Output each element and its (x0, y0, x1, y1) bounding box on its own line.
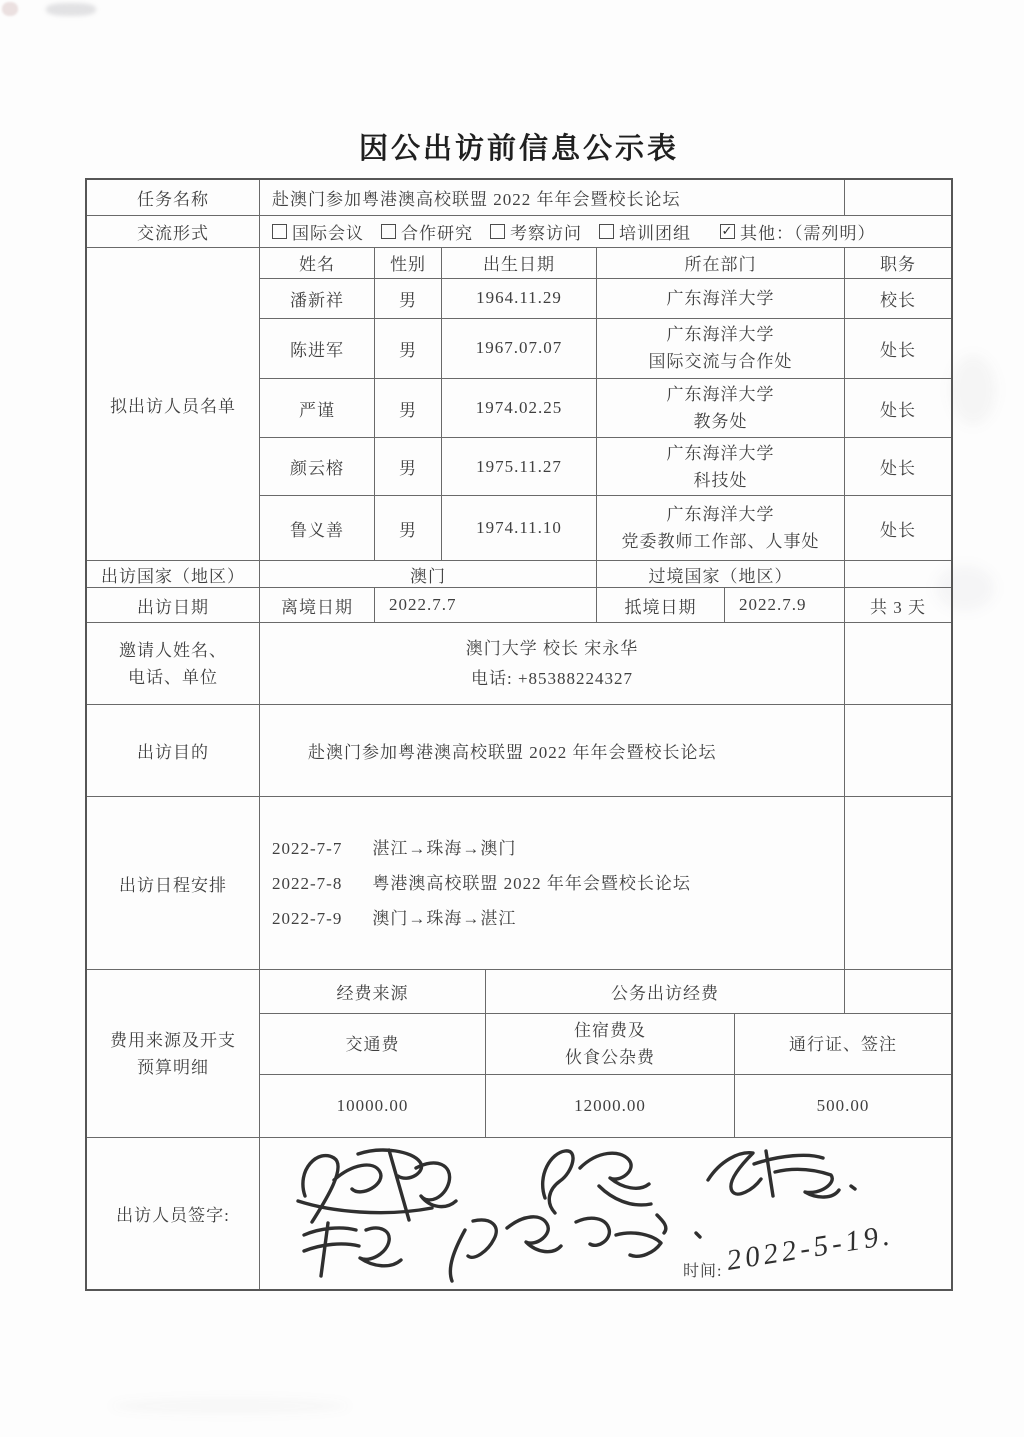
person-duty: 处长 (845, 319, 951, 378)
signature-area: 时间: 2022-5-19. (260, 1138, 951, 1289)
checkbox-unchecked-icon (272, 224, 287, 239)
dept-line2: 党委教师工作部、人事处 (622, 528, 820, 555)
itinerary-item: 2022-7-8 粤港澳高校联盟 2022 年年会暨校长论坛 (272, 866, 691, 901)
permit-visa-amount: 500.00 (735, 1075, 951, 1137)
row-signatures: 出访人员签字: 时间: 2022-5-19. (87, 1137, 951, 1289)
person-dept: 广东海洋大学 教务处 (597, 379, 845, 438)
row-purpose: 出访目的 赴澳门参加粤港澳高校联盟 2022 年年会暨校长论坛 (87, 704, 951, 796)
dept-line2: 国际交流与合作处 (649, 348, 793, 375)
checkbox-checked-icon: ✓ (720, 224, 735, 239)
signature-label: 出访人员签字: (87, 1138, 260, 1289)
option-inspection-visit: 考察访问 (490, 219, 582, 244)
category-line1: 住宿费及 (574, 1017, 646, 1044)
person-dept: 广东海洋大学 党委教师工作部、人事处 (597, 496, 845, 560)
scan-smudge (110, 1398, 350, 1414)
destination-label: 出访国家（地区） (87, 561, 260, 587)
empty-cell (845, 705, 951, 796)
task-name-value: 赴澳门参加粤港澳高校联盟 2022 年年会暨校长论坛 (260, 180, 845, 215)
personnel-row: 鲁义善 男 1974.11.10 广东海洋大学 党委教师工作部、人事处 处长 (260, 495, 951, 560)
dept-line1: 广东海洋大学 (667, 381, 775, 408)
budget-category-row: 交通费 住宿费及 伙食公杂费 通行证、签注 (260, 1013, 951, 1075)
header-duty: 职务 (845, 248, 951, 278)
row-countries: 出访国家（地区） 澳门 过境国家（地区） (87, 560, 951, 587)
exchange-form-label: 交流形式 (87, 216, 260, 247)
header-sex: 性别 (375, 248, 442, 278)
inviter-label-line2: 电话、单位 (128, 664, 218, 691)
header-dept: 所在部门 (597, 248, 845, 278)
row-exchange-form: 交流形式 国际会议 合作研究 考察访问 培训团组 (87, 215, 951, 247)
person-dob: 1974.02.25 (442, 379, 597, 438)
personnel-row: 严谨 男 1974.02.25 广东海洋大学 教务处 处长 (260, 378, 951, 438)
budget-amount-row: 10000.00 12000.00 500.00 (260, 1074, 951, 1137)
person-name: 颜云榕 (260, 438, 375, 495)
document-table: 任务名称 赴澳门参加粤港澳高校联盟 2022 年年会暨校长论坛 交流形式 国际会… (85, 178, 953, 1291)
empty-cell (845, 797, 951, 969)
empty-cell (845, 623, 951, 704)
personnel-table: 姓名 性别 出生日期 所在部门 职务 潘新祥 男 1964.11.29 广东海洋… (260, 248, 951, 560)
itinerary-desc: 湛江→珠海→澳门 (372, 831, 516, 866)
person-duty: 处长 (845, 496, 951, 560)
checkbox-unchecked-icon (490, 224, 505, 239)
itinerary-date: 2022-7-9 (272, 901, 342, 936)
itinerary-date: 2022-7-7 (272, 831, 342, 866)
document-title: 因公出访前信息公示表 (85, 126, 953, 167)
destination-value: 澳门 (260, 561, 597, 587)
budget-table: 经费来源 公务出访经费 交通费 住宿费及 伙食公杂费 通行证、签注 (260, 970, 951, 1137)
category-line1: 交通费 (346, 1031, 400, 1058)
person-duty: 处长 (845, 438, 951, 495)
person-dob: 1964.11.29 (442, 279, 597, 318)
itinerary-desc: 粤港澳高校联盟 2022 年年会暨校长论坛 (372, 866, 691, 901)
person-sex: 男 (375, 319, 442, 378)
option-label: 其他：（需列明） (740, 219, 876, 244)
total-days: 共 3 天 (845, 588, 951, 622)
scan-smudge (950, 355, 996, 425)
inviter-label-line1: 邀请人姓名、 (119, 637, 227, 664)
task-name-label: 任务名称 (87, 180, 260, 215)
person-sex: 男 (375, 496, 442, 560)
budget-label-line1: 费用来源及开支 (110, 1027, 236, 1054)
person-name: 严谨 (260, 379, 375, 438)
person-sex: 男 (375, 379, 442, 438)
scan-smudge (2, 2, 18, 16)
transit-label: 过境国家（地区） (597, 561, 845, 587)
dept-line2: 教务处 (694, 408, 748, 435)
personnel-row: 陈进军 男 1967.07.07 广东海洋大学 国际交流与合作处 处长 (260, 318, 951, 378)
exchange-options: 国际会议 合作研究 考察访问 培训团组 ✓ 其他：（需列明） (260, 216, 951, 247)
person-dob: 1967.07.07 (442, 319, 597, 378)
budget-header-row: 经费来源 公务出访经费 (260, 970, 951, 1013)
category-line2: 伙食公杂费 (565, 1044, 655, 1071)
transport-fee-amount: 10000.00 (260, 1075, 486, 1137)
dept-line1: 广东海洋大学 (667, 321, 775, 348)
category-line1: 通行证、签注 (789, 1031, 897, 1058)
header-name: 姓名 (260, 248, 375, 278)
option-other: ✓ 其他：（需列明） (720, 219, 876, 244)
option-intl-conference: 国际会议 (272, 219, 364, 244)
person-dept: 广东海洋大学 国际交流与合作处 (597, 319, 845, 378)
arrival-label: 抵境日期 (597, 588, 725, 622)
empty-cell (845, 180, 951, 215)
budget-label: 费用来源及开支 预算明细 (87, 970, 260, 1137)
funding-source-header: 经费来源 (260, 970, 486, 1013)
scanned-document-page: 因公出访前信息公示表 任务名称 赴澳门参加粤港澳高校联盟 2022 年年会暨校长… (0, 0, 1024, 1437)
person-sex: 男 (375, 279, 442, 318)
personnel-row: 颜云榕 男 1975.11.27 广东海洋大学 科技处 处长 (260, 437, 951, 495)
person-sex: 男 (375, 438, 442, 495)
lodging-fee-header: 住宿费及 伙食公杂费 (486, 1014, 735, 1075)
transit-value (845, 561, 951, 587)
person-dept: 广东海洋大学 (597, 279, 845, 318)
time-label: 时间: (683, 1258, 722, 1281)
person-duty: 处长 (845, 379, 951, 438)
row-task-name: 任务名称 赴澳门参加粤港澳高校联盟 2022 年年会暨校长论坛 (87, 180, 951, 215)
itinerary-item: 2022-7-9 澳门→珠海→湛江 (272, 901, 516, 936)
transport-fee-header: 交通费 (260, 1014, 486, 1075)
budget-label-line2: 预算明细 (137, 1054, 209, 1081)
row-budget: 费用来源及开支 预算明细 经费来源 公务出访经费 交通费 住宿费及 伙食公杂 (87, 969, 951, 1137)
person-name: 陈进军 (260, 319, 375, 378)
row-inviter: 邀请人姓名、 电话、单位 澳门大学 校长 宋永华 电话: +8538822432… (87, 622, 951, 704)
scan-smudge (46, 3, 96, 16)
person-dept: 广东海洋大学 科技处 (597, 438, 845, 495)
itinerary-list: 2022-7-7 湛江→珠海→澳门 2022-7-8 粤港澳高校联盟 2022 … (260, 797, 845, 969)
header-dob: 出生日期 (442, 248, 597, 278)
departure-label: 离境日期 (260, 588, 375, 622)
option-label: 国际会议 (292, 219, 364, 244)
option-training-group: 培训团组 (599, 219, 691, 244)
inviter-info: 澳门大学 校长 宋永华 电话: +85388224327 (260, 623, 845, 704)
person-name: 潘新祥 (260, 279, 375, 318)
purpose-value: 赴澳门参加粤港澳高校联盟 2022 年年会暨校长论坛 (260, 705, 845, 796)
person-name: 鲁义善 (260, 496, 375, 560)
purpose-label: 出访目的 (87, 705, 260, 796)
itinerary-date: 2022-7-8 (272, 866, 342, 901)
dates-label: 出访日期 (87, 588, 260, 622)
dept-line1: 广东海洋大学 (667, 440, 775, 467)
option-label: 考察访问 (510, 219, 582, 244)
itinerary-desc: 澳门→珠海→湛江 (372, 901, 516, 936)
inviter-name: 澳门大学 校长 宋永华 (466, 634, 639, 664)
checkbox-unchecked-icon (381, 224, 396, 239)
personnel-header-row: 姓名 性别 出生日期 所在部门 职务 (260, 248, 951, 278)
departure-date: 2022.7.7 (375, 588, 597, 622)
dept-line1: 广东海洋大学 (667, 285, 775, 312)
option-cooperative-research: 合作研究 (381, 219, 473, 244)
inviter-label: 邀请人姓名、 电话、单位 (87, 623, 260, 704)
person-dob: 1975.11.27 (442, 438, 597, 495)
person-duty: 校长 (845, 279, 951, 318)
option-label: 培训团组 (619, 219, 691, 244)
dept-line2: 科技处 (694, 467, 748, 494)
personnel-row: 潘新祥 男 1964.11.29 广东海洋大学 校长 (260, 278, 951, 318)
personnel-label: 拟出访人员名单 (87, 248, 260, 560)
row-dates: 出访日期 离境日期 2022.7.7 抵境日期 2022.7.9 共 3 天 (87, 587, 951, 622)
itinerary-item: 2022-7-7 湛江→珠海→澳门 (272, 831, 516, 866)
itinerary-label: 出访日程安排 (87, 797, 260, 969)
dept-line1: 广东海洋大学 (667, 501, 775, 528)
row-personnel: 拟出访人员名单 姓名 性别 出生日期 所在部门 职务 潘新祥 男 1964.11… (87, 247, 951, 560)
row-itinerary: 出访日程安排 2022-7-7 湛江→珠海→澳门 2022-7-8 粤港澳高校联… (87, 796, 951, 969)
inviter-phone: 电话: +85388224327 (471, 664, 633, 694)
lodging-fee-amount: 12000.00 (486, 1075, 735, 1137)
handwritten-signatures (260, 1138, 951, 1288)
checkbox-unchecked-icon (599, 224, 614, 239)
option-label: 合作研究 (401, 219, 473, 244)
arrival-date: 2022.7.9 (725, 588, 845, 622)
permit-visa-header: 通行证、签注 (735, 1014, 951, 1075)
person-dob: 1974.11.10 (442, 496, 597, 560)
empty-cell (845, 970, 951, 1013)
expense-header: 公务出访经费 (486, 970, 845, 1013)
